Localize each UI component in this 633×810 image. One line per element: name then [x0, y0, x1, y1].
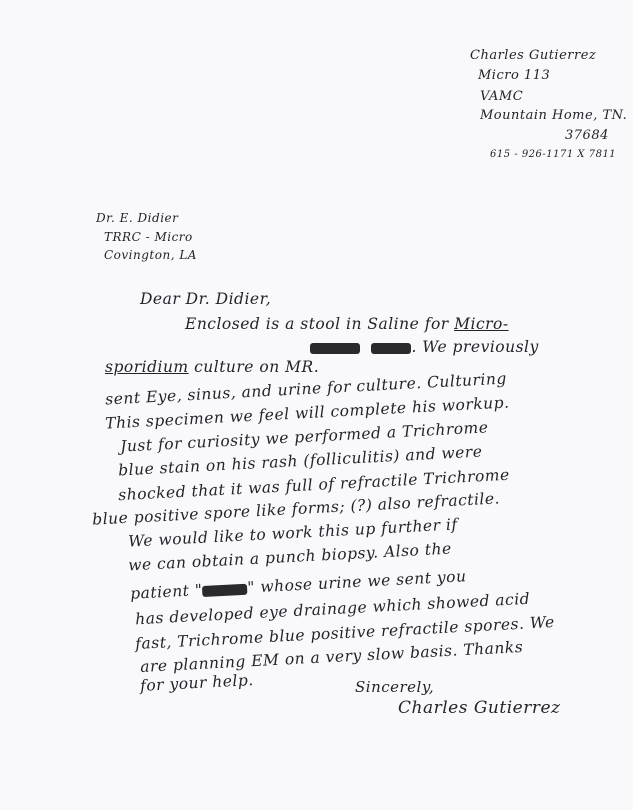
recipient-name: Dr. E. Didier — [96, 211, 178, 225]
sender-city: Mountain Home, TN. — [480, 108, 627, 123]
recipient-dept: TRRC - Micro — [104, 230, 193, 244]
body-line-1: Enclosed is a stool in Saline for Micro- — [185, 315, 509, 333]
body-line-3: sporidium culture on MR. — [105, 358, 319, 376]
redaction-bar — [310, 343, 360, 354]
sender-institution: VAMC — [480, 89, 523, 104]
body-text: Enclosed is a stool in Saline for — [185, 315, 454, 333]
sender-phone: 615 - 926-1171 X 7811 — [490, 149, 616, 160]
body-text: culture on MR. — [189, 358, 319, 376]
body-text: " whose urine we sent you — [247, 567, 467, 596]
body-text-underlined: Micro- — [454, 315, 509, 333]
redaction-bar — [202, 583, 248, 596]
body-text-underlined: sporidium — [105, 358, 189, 376]
letter-page: Charles Gutierrez Micro 113 VAMC Mountai… — [0, 0, 633, 810]
sender-zip: 37684 — [565, 128, 609, 143]
body-text: . We previously — [411, 338, 538, 356]
recipient-location: Covington, LA — [104, 248, 197, 262]
body-text: patient " — [130, 581, 203, 603]
body-line-2: . We previously — [310, 338, 539, 356]
redaction-bar — [371, 343, 411, 354]
closing: Sincerely, — [355, 678, 434, 696]
sender-dept: Micro 113 — [478, 68, 550, 83]
salutation: Dear Dr. Didier, — [140, 290, 271, 308]
sender-name: Charles Gutierrez — [470, 48, 596, 63]
signature: Charles Gutierrez — [398, 698, 560, 718]
